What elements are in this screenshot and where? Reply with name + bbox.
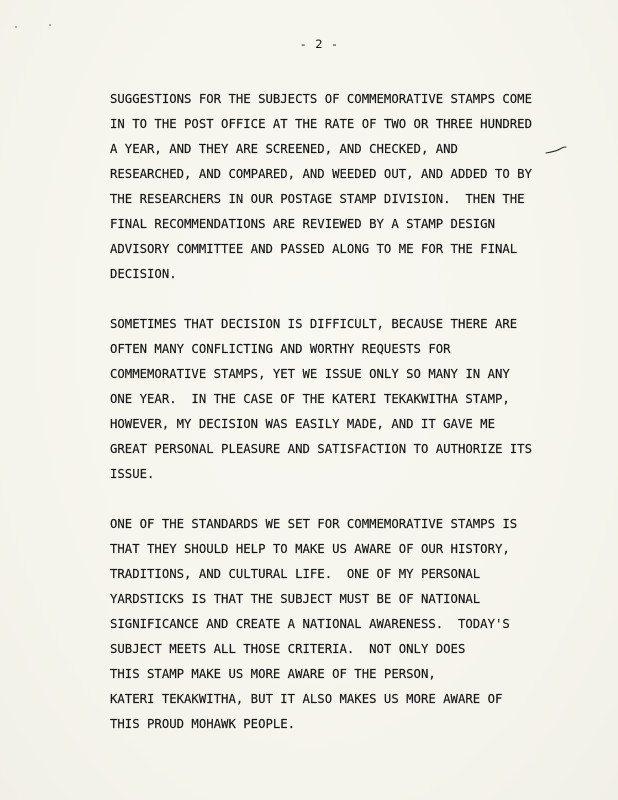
text-line: THIS PROUD MOHAWK PEOPLE. <box>110 712 580 737</box>
paragraph-3: ONE OF THE STANDARDS WE SET FOR COMMEMOR… <box>110 512 580 737</box>
text-line: GREAT PERSONAL PLEASURE AND SATISFACTION… <box>110 437 580 462</box>
text-line: A YEAR, AND THEY ARE SCREENED, AND CHECK… <box>110 137 580 162</box>
text-line: SUGGESTIONS FOR THE SUBJECTS OF COMMEMOR… <box>110 87 580 112</box>
text-line: THIS STAMP MAKE US MORE AWARE OF THE PER… <box>110 662 580 687</box>
pen-mark-icon <box>545 146 567 154</box>
document-page: - 2 - SUGGESTIONS FOR THE SUBJECTS OF CO… <box>0 0 618 800</box>
text-line: SOMETIMES THAT DECISION IS DIFFICULT, BE… <box>110 312 580 337</box>
text-line: IN TO THE POST OFFICE AT THE RATE OF TWO… <box>110 112 580 137</box>
paper-speck <box>49 24 51 26</box>
page-number: - 2 - <box>0 37 618 50</box>
paragraph-1: SUGGESTIONS FOR THE SUBJECTS OF COMMEMOR… <box>110 87 580 287</box>
text-line: HOWEVER, MY DECISION WAS EASILY MADE, AN… <box>110 412 580 437</box>
paragraph-2: SOMETIMES THAT DECISION IS DIFFICULT, BE… <box>110 312 580 487</box>
text-line: RESEARCHED, AND COMPARED, AND WEEDED OUT… <box>110 162 580 187</box>
document-body: SUGGESTIONS FOR THE SUBJECTS OF COMMEMOR… <box>110 87 580 762</box>
text-line: SIGNIFICANCE AND CREATE A NATIONAL AWARE… <box>110 612 580 637</box>
text-line: ISSUE. <box>110 462 580 487</box>
text-line: THAT THEY SHOULD HELP TO MAKE US AWARE O… <box>110 537 580 562</box>
text-line: YARDSTICKS IS THAT THE SUBJECT MUST BE O… <box>110 587 580 612</box>
text-line: DECISION. <box>110 262 580 287</box>
text-line: ONE OF THE STANDARDS WE SET FOR COMMEMOR… <box>110 512 580 537</box>
text-line: ONE YEAR. IN THE CASE OF THE KATERI TEKA… <box>110 387 580 412</box>
text-line: KATERI TEKAKWITHA, BUT IT ALSO MAKES US … <box>110 687 580 712</box>
text-line: FINAL RECOMMENDATIONS ARE REVIEWED BY A … <box>110 212 580 237</box>
text-line: TRADITIONS, AND CULTURAL LIFE. ONE OF MY… <box>110 562 580 587</box>
text-line: SUBJECT MEETS ALL THOSE CRITERIA. NOT ON… <box>110 637 580 662</box>
text-line: COMMEMORATIVE STAMPS, YET WE ISSUE ONLY … <box>110 362 580 387</box>
text-line: OFTEN MANY CONFLICTING AND WORTHY REQUES… <box>110 337 580 362</box>
paper-speck <box>15 26 17 28</box>
text-line: THE RESEARCHERS IN OUR POSTAGE STAMP DIV… <box>110 187 580 212</box>
text-line: ADVISORY COMMITTEE AND PASSED ALONG TO M… <box>110 237 580 262</box>
